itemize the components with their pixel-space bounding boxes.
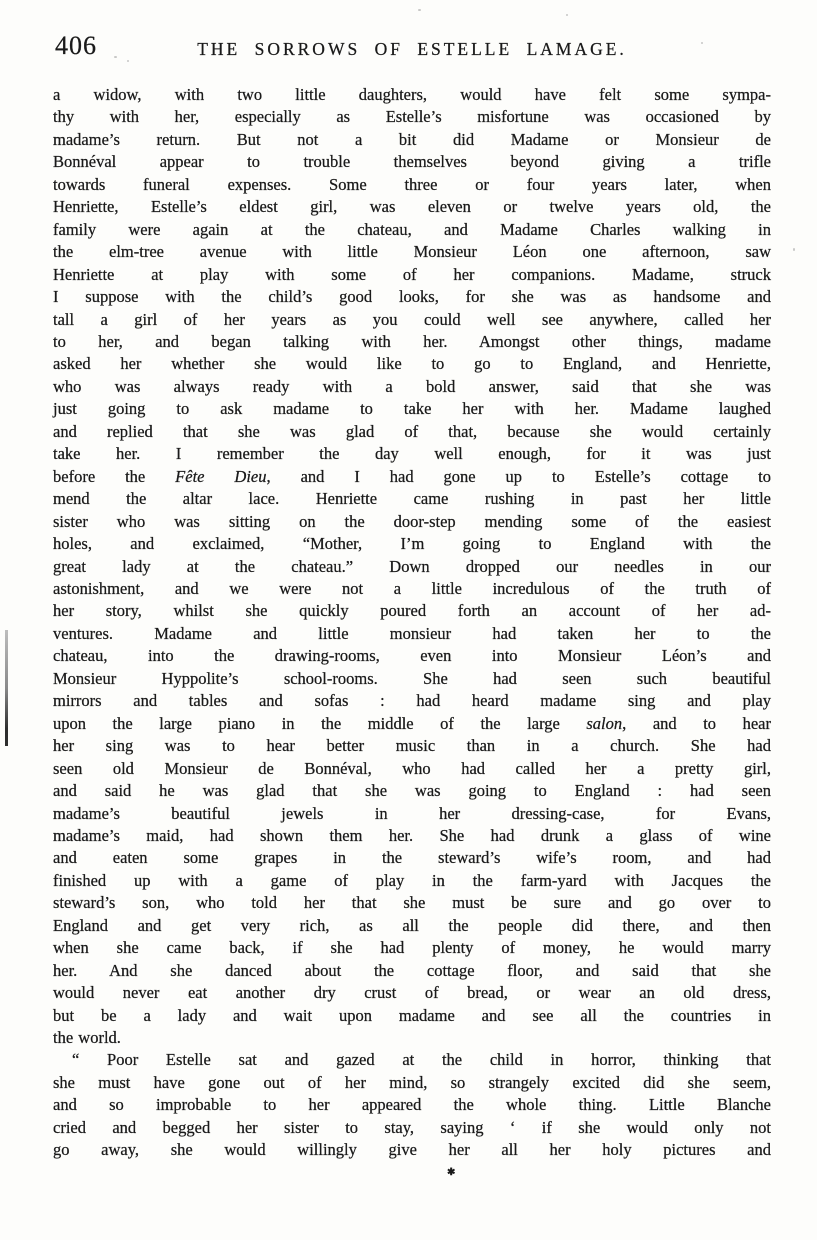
text-line: madame’s maid, had shown them her. She h…: [53, 825, 771, 847]
text-line: but be a lady and wait upon madame and s…: [53, 1005, 771, 1027]
text-line: Henriette, Estelle’s eldest girl, was el…: [53, 196, 771, 218]
text-line: go away, she would willingly give her al…: [53, 1139, 771, 1161]
scan-speck: [566, 14, 568, 16]
text-line: and replied that she was glad of that, b…: [53, 421, 771, 443]
scan-speck: [418, 9, 421, 11]
page-header: 406 THE SORROWS OF ESTELLE LAMAGE.: [53, 34, 771, 62]
italic-phrase: salon: [586, 714, 622, 733]
text-line: when she came back, if she had plenty of…: [53, 937, 771, 959]
text-line: great lady at the chateau.” Down dropped…: [53, 556, 771, 578]
text-line: “ Poor Estelle sat and gazed at the chil…: [53, 1049, 771, 1071]
italic-phrase: Fête Dieu: [175, 467, 266, 486]
text-line: mend the altar lace. Henriette came rush…: [53, 488, 771, 510]
text-line: take her. I remember the day well enough…: [53, 443, 771, 465]
text-line: madame’s return. But not a bit did Madam…: [53, 129, 771, 151]
text-line: to her, and began talking with her. Amon…: [53, 331, 771, 353]
paragraph: a widow, with two little daughters, woul…: [53, 84, 771, 1049]
text-line: steward’s son, who told her that she mus…: [53, 892, 771, 914]
text-line: would never eat another dry crust of bre…: [53, 982, 771, 1004]
text-line: holes, and exclaimed, “Mother, I’m going…: [53, 533, 771, 555]
text-block: a widow, with two little daughters, woul…: [53, 84, 771, 1162]
text-line: tall a girl of her years as you could we…: [53, 309, 771, 331]
scan-speck: [114, 56, 117, 58]
scan-speck: [701, 42, 703, 44]
text-line: asked her whether she would like to go t…: [53, 353, 771, 375]
text-line: and said he was glad that she was going …: [53, 780, 771, 802]
text-line: madame’s beautiful jewels in her dressin…: [53, 803, 771, 825]
running-title: THE SORROWS OF ESTELLE LAMAGE.: [53, 34, 771, 62]
page-number: 406: [55, 31, 97, 61]
text-line: family were again at the chateau, and Ma…: [53, 219, 771, 241]
scanned-book-page: 406 THE SORROWS OF ESTELLE LAMAGE. a wid…: [0, 0, 817, 1240]
text-line: the elm-tree avenue with little Monsieur…: [53, 241, 771, 263]
text-line: and eaten some grapes in the steward’s w…: [53, 847, 771, 869]
text-line: her. And she danced about the cottage fl…: [53, 960, 771, 982]
text-line: seen old Monsieur de Bonnéval, who had c…: [53, 758, 771, 780]
text-line: thy with her, especially as Estelle’s mi…: [53, 106, 771, 128]
text-line: Bonnéval appear to trouble themselves be…: [53, 151, 771, 173]
scan-speck: [793, 248, 795, 251]
text-line: chateau, into the drawing-rooms, even in…: [53, 645, 771, 667]
text-line: just going to ask madame to take her wit…: [53, 398, 771, 420]
text-line: upon the large piano in the middle of th…: [53, 713, 771, 735]
text-run: upon the large piano in the middle of th…: [53, 714, 586, 733]
text-line: ventures. Madame and little monsieur had…: [53, 623, 771, 645]
text-line: Henriette at play with some of her compa…: [53, 264, 771, 286]
text-line: cried and begged her sister to stay, say…: [53, 1117, 771, 1139]
scan-speck: [127, 60, 129, 62]
text-line: her sing was to hear better music than i…: [53, 735, 771, 757]
paragraph: “ Poor Estelle sat and gazed at the chil…: [53, 1049, 771, 1161]
text-line: I suppose with the child’s good looks, f…: [53, 286, 771, 308]
text-run: , and to hear: [622, 714, 771, 733]
text-line: the world.: [53, 1027, 771, 1049]
text-line: England and get very rich, as all the pe…: [53, 915, 771, 937]
text-line: Monsieur Hyppolite’s school-rooms. She h…: [53, 668, 771, 690]
text-line: her story, whilst she quickly poured for…: [53, 600, 771, 622]
text-line: finished up with a game of play in the f…: [53, 870, 771, 892]
text-line: and so improbable to her appeared the wh…: [53, 1094, 771, 1116]
text-line: a widow, with two little daughters, woul…: [53, 84, 771, 106]
scan-artifact-bar: [5, 630, 8, 746]
text-line: who was always ready with a bold answer,…: [53, 376, 771, 398]
text-line: she must have gone out of her mind, so s…: [53, 1072, 771, 1094]
text-line: before the Fête Dieu, and I had gone up …: [53, 466, 771, 488]
text-line: sister who was sitting on the door-step …: [53, 511, 771, 533]
text-run: , and I had gone up to Estelle’s cottage…: [267, 467, 772, 486]
printer-signature-mark: ✱: [447, 1167, 455, 1178]
text-line: towards funeral expenses. Some three or …: [53, 174, 771, 196]
text-run: before the: [53, 467, 175, 486]
text-line: astonishment, and we were not a little i…: [53, 578, 771, 600]
text-line: mirrors and tables and sofas : had heard…: [53, 690, 771, 712]
